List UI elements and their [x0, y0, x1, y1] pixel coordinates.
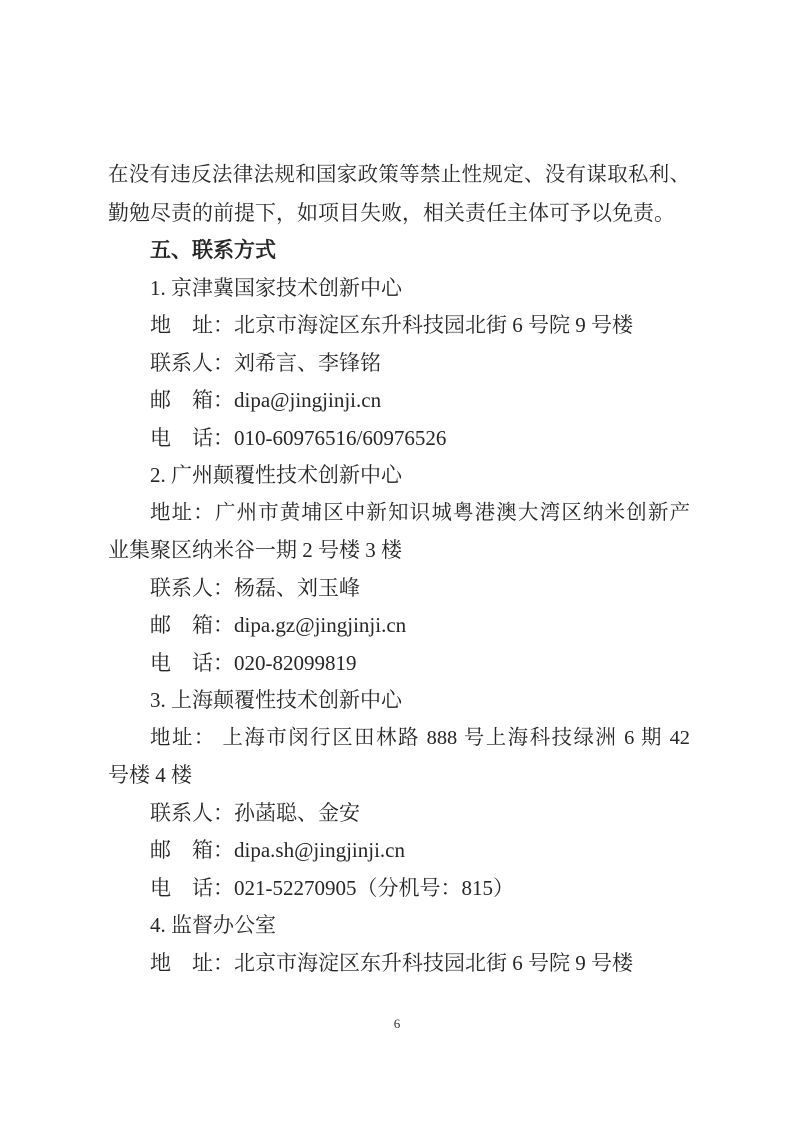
closing-paragraph-line-1: 在没有违反法律法规和国家政策等禁止性规定、没有谋取私利、: [108, 157, 690, 195]
contact-3-phone: 电 话：021-52270905（分机号：815）: [108, 870, 690, 908]
contact-2-person: 联系人：杨磊、刘玉峰: [108, 570, 690, 608]
contact-2-email: 邮 箱：dipa.gz@jingjinji.cn: [108, 607, 690, 645]
contact-1-phone: 电 话：010-60976516/60976526: [108, 420, 690, 458]
page-number: 6: [0, 1012, 794, 1036]
closing-paragraph-line-2: 勤勉尽责的前提下，如项目失败，相关责任主体可予以免责。: [108, 195, 690, 233]
contact-2-address-line-1: 地址：广州市黄埔区中新知识城粤港澳大湾区纳米创新产: [108, 495, 690, 533]
contact-4-address: 地 址：北京市海淀区东升科技园北街 6 号院 9 号楼: [108, 945, 690, 983]
contact-2-address-line-2: 业集聚区纳米谷一期 2 号楼 3 楼: [108, 532, 690, 570]
contact-3-person: 联系人：孙菡聪、金安: [108, 795, 690, 833]
contact-1-title: 1. 京津冀国家技术创新中心: [108, 270, 690, 308]
contact-4-title: 4. 监督办公室: [108, 907, 690, 945]
document-body: 在没有违反法律法规和国家政策等禁止性规定、没有谋取私利、 勤勉尽责的前提下，如项…: [108, 157, 690, 982]
section-heading: 五、联系方式: [108, 232, 690, 270]
contact-3-title: 3. 上海颠覆性技术创新中心: [108, 682, 690, 720]
contact-3-email: 邮 箱：dipa.sh@jingjinji.cn: [108, 832, 690, 870]
contact-3-address-line-2: 号楼 4 楼: [108, 757, 690, 795]
contact-1-address: 地 址：北京市海淀区东升科技园北街 6 号院 9 号楼: [108, 307, 690, 345]
document-page: 在没有违反法律法规和国家政策等禁止性规定、没有谋取私利、 勤勉尽责的前提下，如项…: [0, 0, 794, 1123]
contact-3-address-line-1: 地址： 上海市闵行区田林路 888 号上海科技绿洲 6 期 42: [108, 720, 690, 758]
contact-1-person: 联系人：刘希言、李锋铭: [108, 345, 690, 383]
contact-2-title: 2. 广州颠覆性技术创新中心: [108, 457, 690, 495]
contact-2-phone: 电 话：020-82099819: [108, 645, 690, 683]
contact-1-email: 邮 箱：dipa@jingjinji.cn: [108, 382, 690, 420]
